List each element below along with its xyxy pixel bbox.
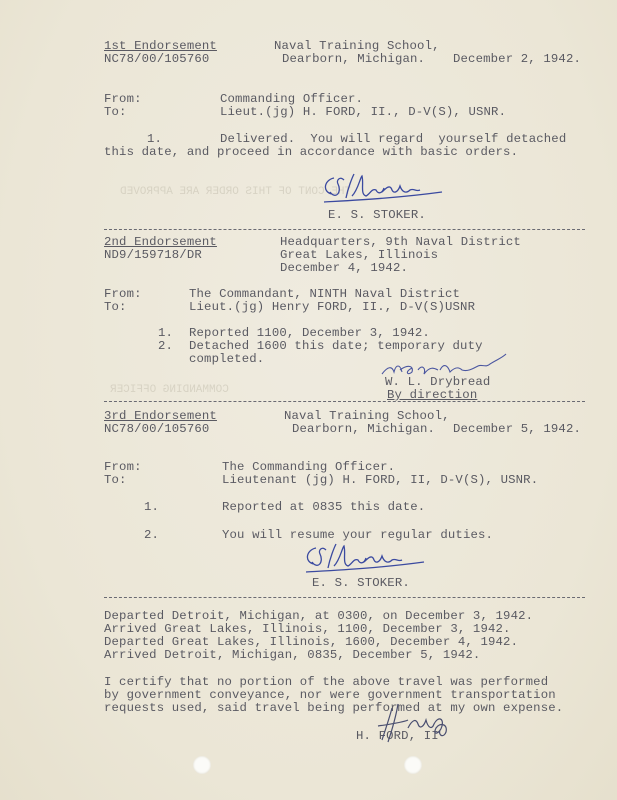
- endorsement-1-to: Lieut.(jg) H. FORD, II., D-V(S), USNR.: [220, 106, 506, 119]
- show-through-text: THE CONT OF THIS ORDER ARE APPROVED: [120, 186, 351, 198]
- endorsement-3-signer: E. S. STOKER.: [312, 577, 410, 590]
- endorsement-2-item-cont: completed.: [189, 353, 264, 366]
- show-through-text: COMMANDING OFFICER: [110, 384, 229, 396]
- endorsement-3-item-num: 1.: [144, 501, 159, 514]
- section-divider: [104, 597, 585, 598]
- document-page: THE CONT OF THIS ORDER ARE APPROVED COMM…: [0, 0, 617, 800]
- endorsement-2-date: December 4, 1942.: [280, 262, 408, 275]
- endorsement-3-to-label: To:: [104, 474, 127, 487]
- signature-stoker-1: [318, 170, 448, 210]
- endorsement-2-to-label: To:: [104, 301, 127, 314]
- endorsement-2-ref: ND9/159718/DR: [104, 249, 202, 262]
- signature-ford: [368, 700, 468, 748]
- endorsement-3-item: Reported at 0835 this date.: [222, 501, 425, 514]
- endorsement-2-to: Lieut.(jg) Henry FORD, II., D-V(S)USNR: [189, 301, 475, 314]
- travel-log-line: Arrived Detroit, Michigan, 0835, Decembe…: [104, 649, 480, 662]
- endorsement-2-item-num: 2.: [158, 340, 173, 353]
- endorsement-1-location: Dearborn, Michigan.: [282, 53, 425, 66]
- section-divider: [104, 401, 585, 402]
- endorsement-1-date: December 2, 1942.: [453, 53, 581, 66]
- punch-hole: [193, 756, 211, 774]
- endorsement-3-location: Dearborn, Michigan.: [292, 423, 435, 436]
- endorsement-1-signer: E. S. STOKER.: [328, 209, 426, 222]
- punch-hole: [404, 756, 422, 774]
- endorsement-1-ref: NC78/00/105760: [104, 53, 209, 66]
- endorsement-3-item-num: 2.: [144, 529, 159, 542]
- endorsement-3-date: December 5, 1942.: [453, 423, 581, 436]
- section-divider: [104, 229, 585, 230]
- endorsement-3-to: Lieutenant (jg) H. FORD, II, D-V(S), USN…: [222, 474, 538, 487]
- endorsement-3-ref: NC78/00/105760: [104, 423, 209, 436]
- signature-stoker-2: [300, 540, 430, 580]
- endorsement-1-to-label: To:: [104, 106, 127, 119]
- endorsement-1-para-cont: this date, and proceed in accordance wit…: [104, 146, 518, 159]
- certification-line: requests used, said travel being perform…: [104, 702, 563, 715]
